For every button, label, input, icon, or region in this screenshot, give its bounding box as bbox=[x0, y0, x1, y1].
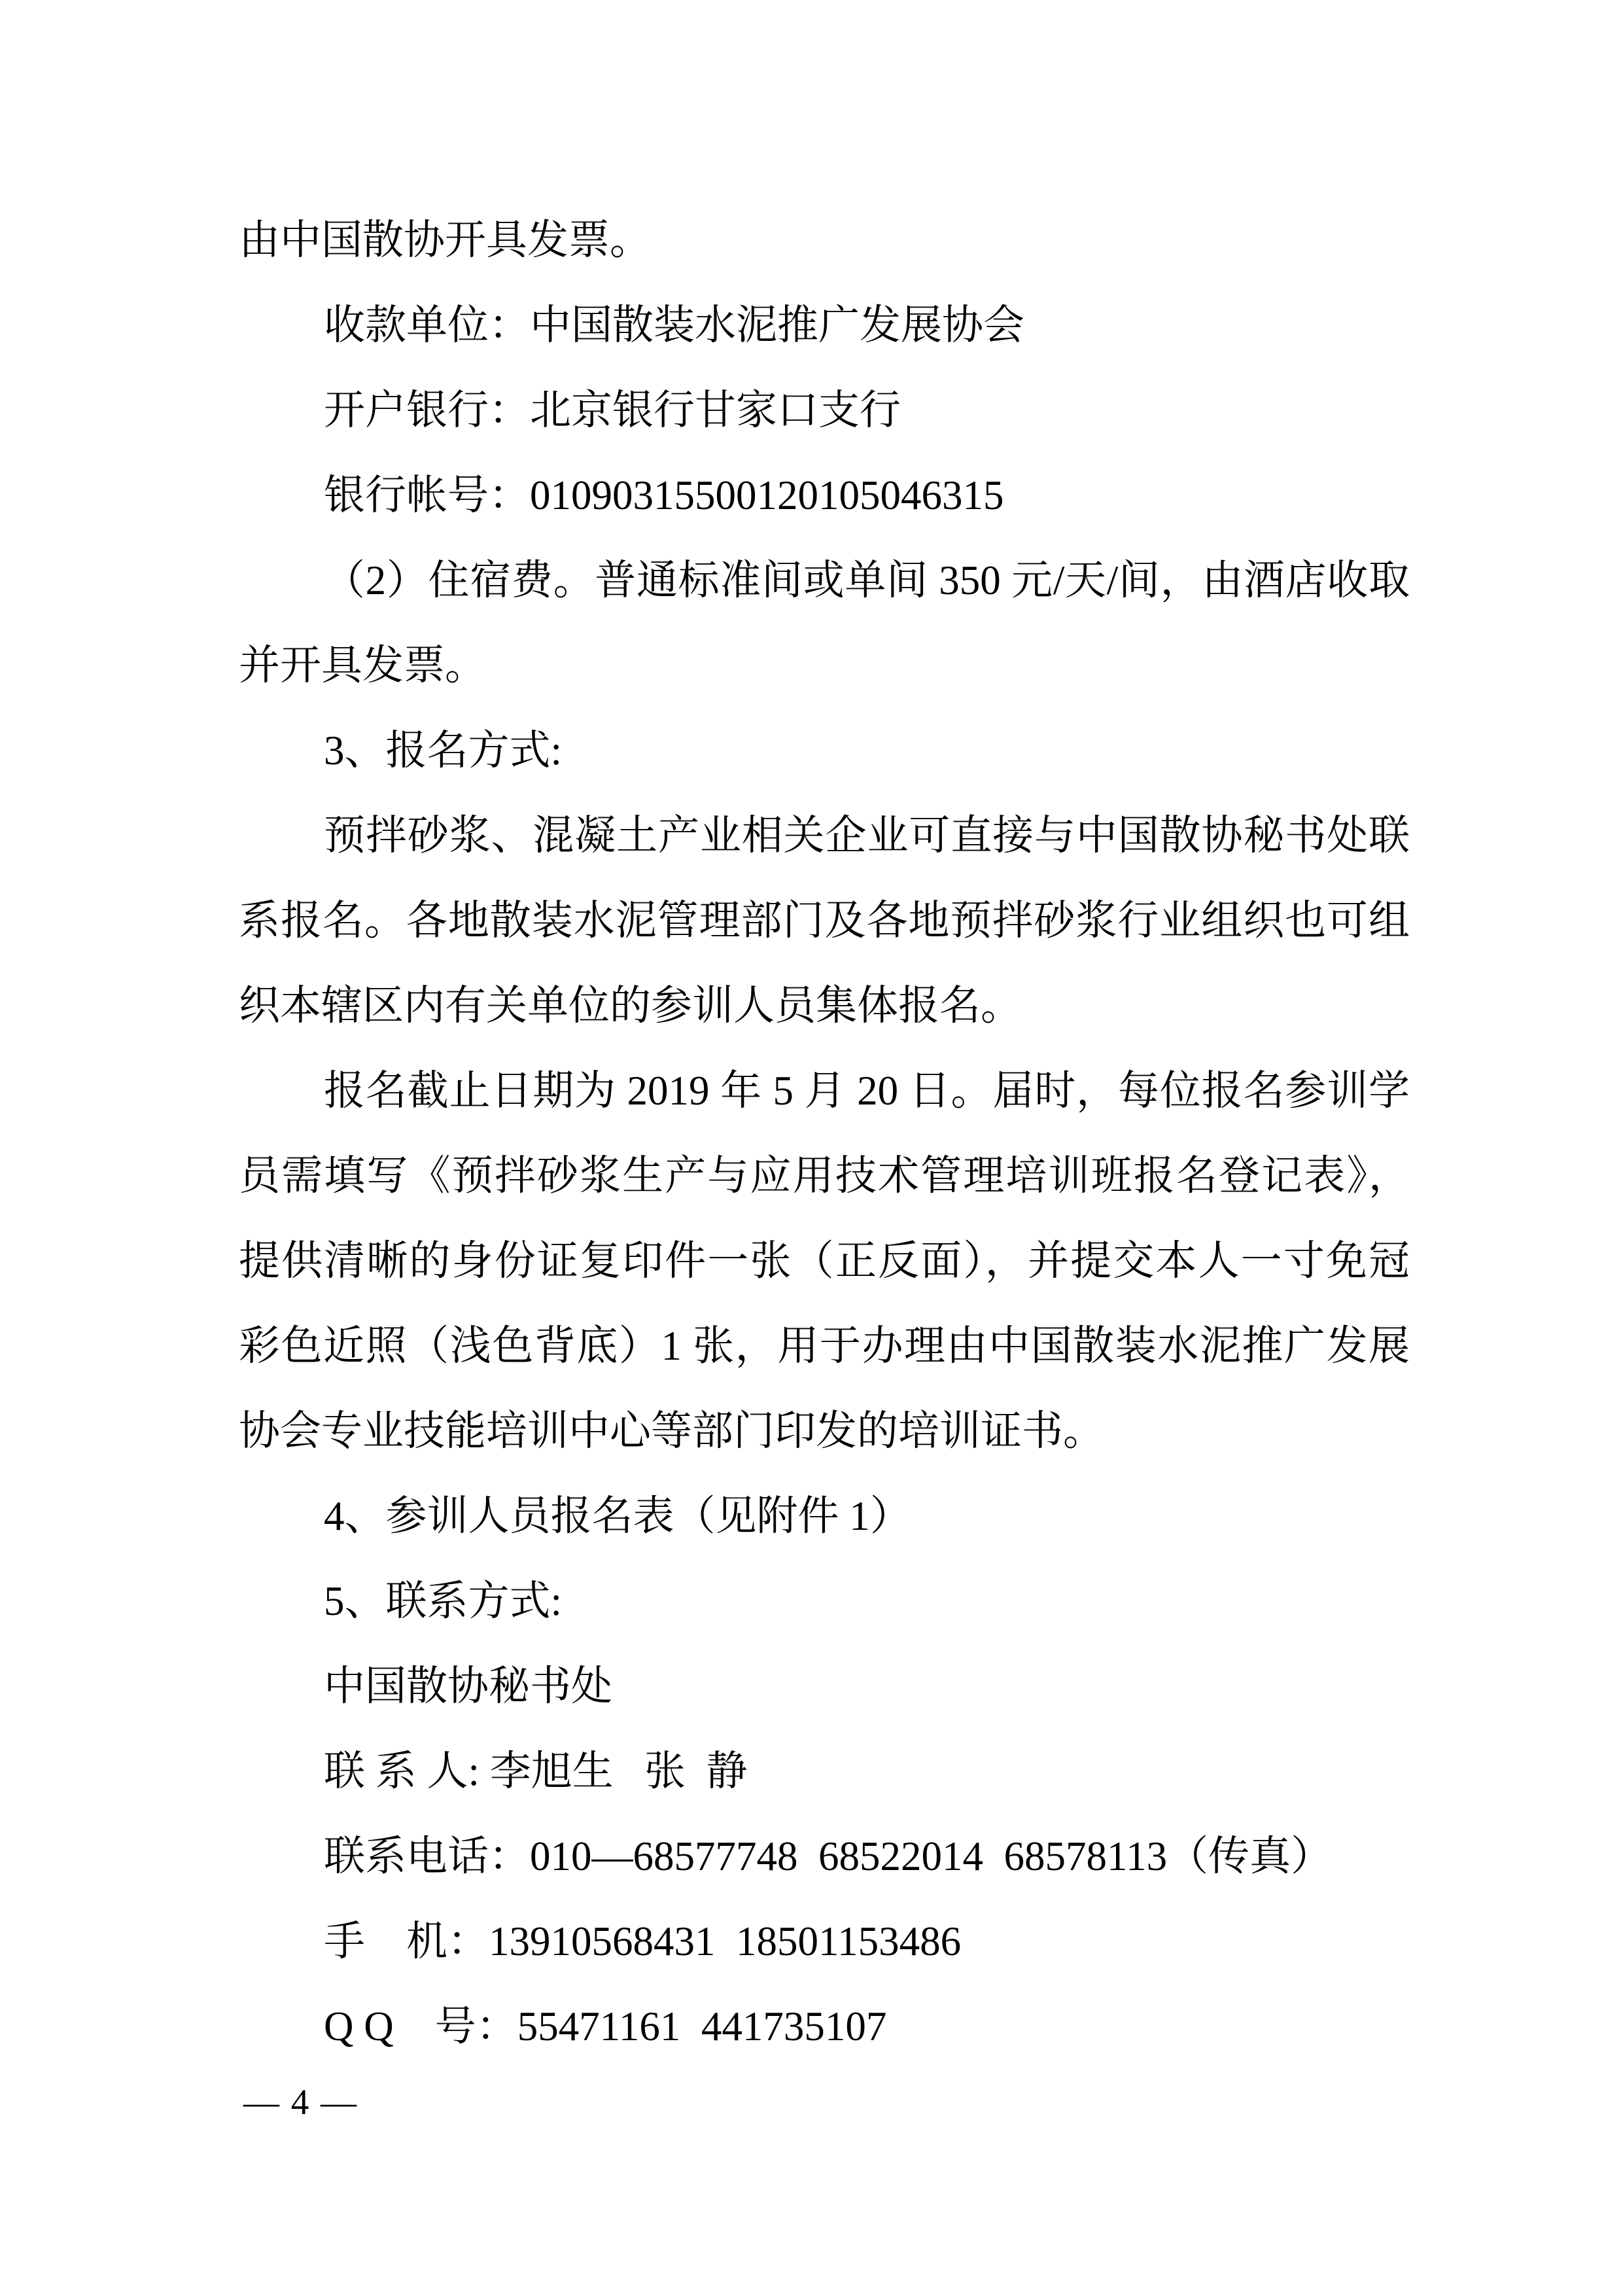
line-deadline-para-3: 提供清晰的身份证复印件一张（正反面），并提交本人一寸免冠 bbox=[239, 1218, 1410, 1303]
line-registration-para-2: 系报名。各地散装水泥管理部门及各地预拌砂浆行业组织也可组 bbox=[239, 878, 1410, 963]
line-heading-contact: 5、联系方式: bbox=[239, 1559, 1410, 1644]
line-deadline-para-1: 报名截止日期为 2019 年 5 月 20 日。届时，每位报名参训学 bbox=[239, 1048, 1410, 1133]
line-registration-para-3: 织本辖区内有关单位的参训人员集体报名。 bbox=[239, 963, 1410, 1048]
line-deadline-para-4: 彩色近照（浅色背底）1 张，用于办理由中国散装水泥推广发展 bbox=[239, 1303, 1410, 1388]
line-lodging-fee-cont: 并开具发票。 bbox=[239, 623, 1410, 708]
line-secretariat: 中国散协秘书处 bbox=[239, 1644, 1410, 1729]
document-body: 由中国散协开具发票。 收款单位：中国散装水泥推广发展协会 开户银行：北京银行甘家… bbox=[239, 198, 1410, 2069]
line-invoice-issued-by: 由中国散协开具发票。 bbox=[239, 198, 1410, 283]
line-bank-account-number: 银行帐号：01090315500120105046315 bbox=[239, 453, 1410, 538]
line-payee-unit: 收款单位：中国散装水泥推广发展协会 bbox=[239, 283, 1410, 368]
line-qq-numbers: Q Q 号：55471161 441735107 bbox=[239, 1984, 1410, 2069]
line-deadline-para-5: 协会专业技能培训中心等部门印发的培训证书。 bbox=[239, 1388, 1410, 1474]
line-heading-form: 4、参训人员报名表（见附件 1） bbox=[239, 1474, 1410, 1559]
line-deadline-para-2: 员需填写《预拌砂浆生产与应用技术管理培训班报名登记表》， bbox=[239, 1133, 1410, 1218]
page-number: — 4 — bbox=[243, 2073, 358, 2132]
line-registration-para-1: 预拌砂浆、混凝土产业相关企业可直接与中国散协秘书处联 bbox=[239, 793, 1410, 878]
line-contact-phones: 联系电话：010—68577748 68522014 68578113（传真） bbox=[239, 1814, 1410, 1899]
document-page: 由中国散协开具发票。 收款单位：中国散装水泥推广发展协会 开户银行：北京银行甘家… bbox=[0, 0, 1623, 2296]
line-lodging-fee: （2）住宿费。普通标准间或单间 350 元/天/间，由酒店收取 bbox=[239, 538, 1410, 623]
line-heading-registration: 3、报名方式: bbox=[239, 708, 1410, 793]
line-contact-persons: 联 系 人: 李旭生 张 静 bbox=[239, 1729, 1410, 1814]
line-mobile-numbers: 手 机：13910568431 18501153486 bbox=[239, 1899, 1410, 1984]
line-bank-name: 开户银行：北京银行甘家口支行 bbox=[239, 368, 1410, 453]
